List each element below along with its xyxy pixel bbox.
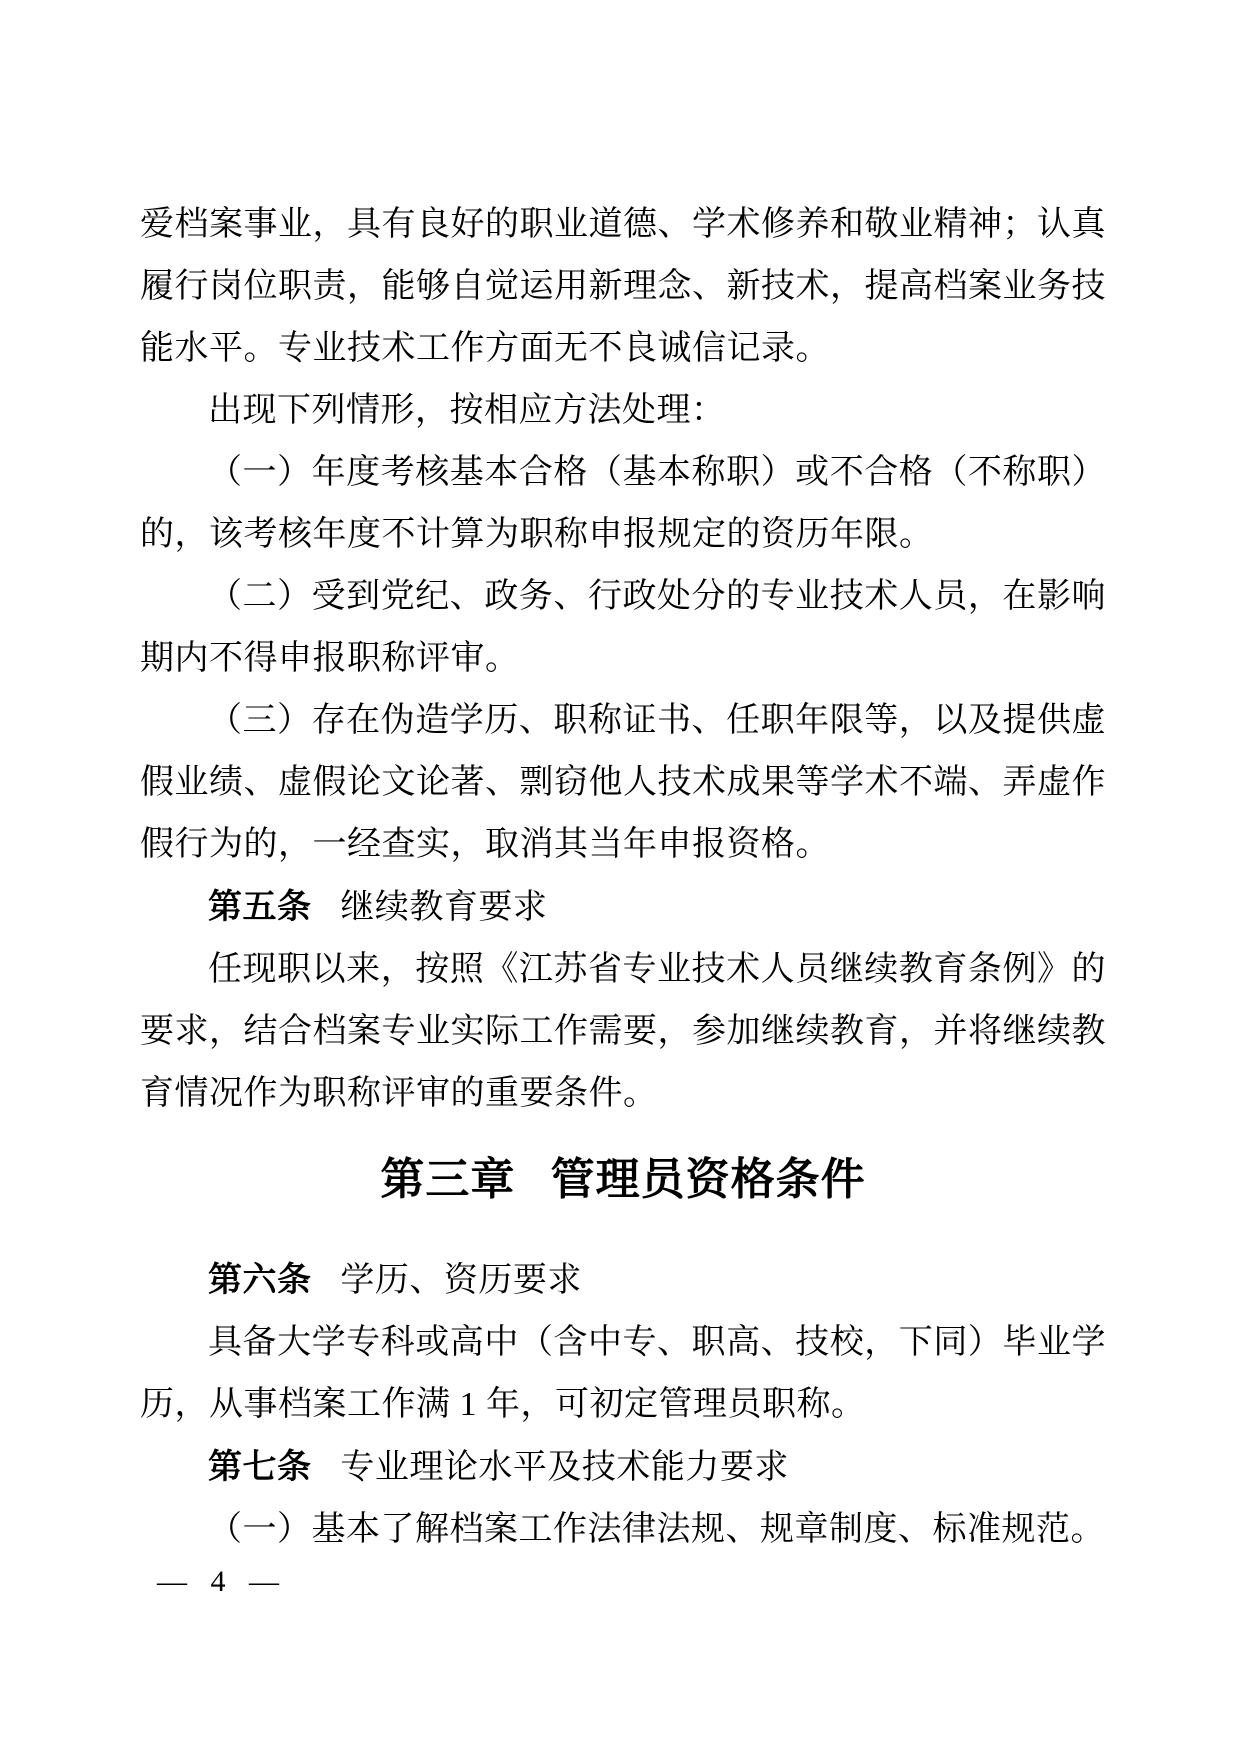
article-title: 继续教育要求 — [340, 889, 547, 926]
paragraph-item-2: （二）受到党纪、政务、行政处分的专业技术人员，在影响期内不得申报职称评审。 — [140, 566, 1106, 690]
article-heading-5: 第五条继续教育要求 — [140, 876, 1106, 939]
paragraph: 具备大学专科或高中（含中专、职高、技校，下同）毕业学历，从事档案工作满 1 年，… — [140, 1312, 1106, 1436]
article-number: 第六条 — [208, 1261, 312, 1299]
paragraph-item-1: （一）基本了解档案工作法律法规、规章制度、标准规范。 — [140, 1499, 1106, 1561]
document-body: 爱档案事业，具有良好的职业道德、学术修养和敬业精神；认真履行岗位职责，能够自觉运… — [140, 194, 1106, 1561]
article-heading-6: 第六条学历、资历要求 — [140, 1249, 1106, 1312]
paragraph-item-1: （一）年度考核基本合格（基本称职）或不合格（不称职）的，该考核年度不计算为职称申… — [140, 442, 1106, 566]
chapter-heading: 第三章管理员资格条件 — [140, 1151, 1106, 1209]
chapter-number: 第三章 — [380, 1155, 515, 1204]
paragraph-continuation: 爱档案事业，具有良好的职业道德、学术修养和敬业精神；认真履行岗位职责，能够自觉运… — [140, 194, 1106, 380]
article-heading-7: 第七条专业理论水平及技术能力要求 — [140, 1436, 1106, 1499]
article-title: 学历、资历要求 — [340, 1262, 582, 1299]
paragraph: 任现职以来，按照《江苏省专业技术人员继续教育条例》的要求，结合档案专业实际工作需… — [140, 939, 1106, 1125]
article-number: 第五条 — [208, 888, 312, 926]
article-number: 第七条 — [208, 1448, 312, 1486]
paragraph-item-3: （三）存在伪造学历、职称证书、任职年限等，以及提供虚假业绩、虚假论文论著、剽窃他… — [140, 690, 1106, 876]
paragraph: 出现下列情形，按相应方法处理： — [140, 380, 1106, 442]
document-page: 爱档案事业，具有良好的职业道德、学术修养和敬业精神；认真履行岗位职责，能够自觉运… — [0, 0, 1241, 1754]
chapter-title: 管理员资格条件 — [551, 1155, 866, 1204]
page-number: — 4 — — [157, 1562, 287, 1602]
article-title: 专业理论水平及技术能力要求 — [340, 1449, 789, 1486]
